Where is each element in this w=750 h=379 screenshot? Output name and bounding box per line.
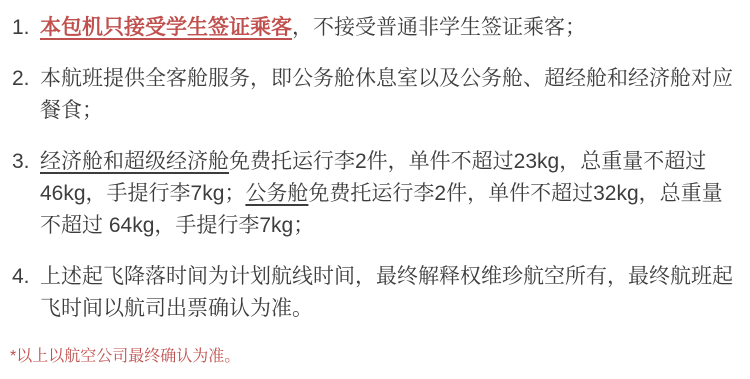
rule-number-1: 1. <box>12 12 30 44</box>
business-cabin-underline: 公务舱 <box>245 182 308 205</box>
rule-1-text: ，不接受普通非学生签证乘客； <box>292 16 586 39</box>
rule-item-4: 4. 上述起飞降落时间为计划航线时间，最终解释权维珍航空所有，最终航班起飞时间以… <box>10 261 736 325</box>
rule-4-text: 上述起飞降落时间为计划航线时间，最终解释权维珍航空所有，最终航班起飞时间以航司出… <box>40 265 733 320</box>
rule-number-4: 4. <box>12 261 30 293</box>
airline-confirmation-footnote: *以上以航空公司最终确认为准。 <box>10 347 736 367</box>
rule-item-3: 3. 经济舱和超级经济舱免费托运行李2件，单件不超过23kg，总重量不超过46k… <box>10 146 736 242</box>
charter-flight-rules-document: 1. 本包机只接受学生签证乘客，不接受普通非学生签证乘客； 2. 本航班提供全客… <box>0 0 750 379</box>
rule-number-2: 2. <box>12 63 30 95</box>
economy-cabin-underline: 经济舱和超级经济舱 <box>40 150 229 173</box>
rule-2-text: 本航班提供全客舱服务，即公务舱休息室以及公务舱、超经舱和经济舱对应餐食； <box>40 67 733 122</box>
rule-item-1: 1. 本包机只接受学生签证乘客，不接受普通非学生签证乘客； <box>10 12 736 44</box>
rule-number-3: 3. <box>12 146 30 178</box>
rule-item-2: 2. 本航班提供全客舱服务，即公务舱休息室以及公务舱、超经舱和经济舱对应餐食； <box>10 63 736 127</box>
student-visa-highlight: 本包机只接受学生签证乘客 <box>40 16 292 39</box>
